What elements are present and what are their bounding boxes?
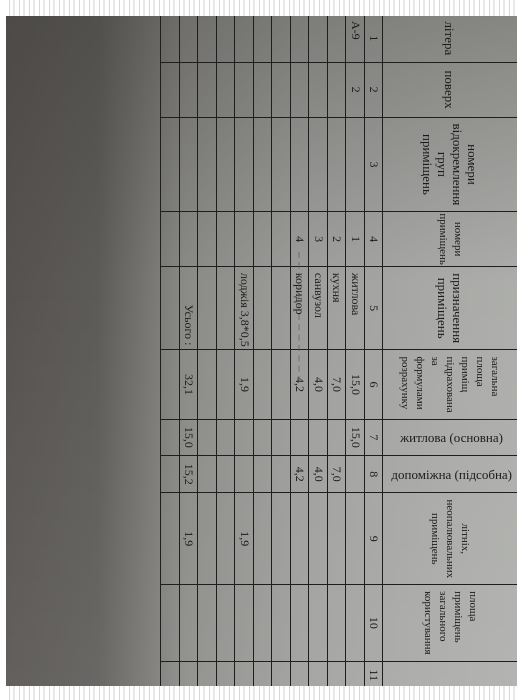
cell-total	[272, 350, 291, 419]
cell-living	[235, 419, 254, 456]
cell-living	[291, 419, 310, 456]
cell-litera	[328, 15, 347, 63]
cell-group	[161, 117, 180, 212]
cell-purpose	[161, 266, 180, 350]
table-row: Усього :32,115,015,21,9	[180, 15, 199, 690]
header-col-5: призначення приміщень	[383, 266, 518, 350]
header-col-4: номери приміщень	[383, 212, 518, 267]
border-right	[517, 0, 525, 700]
header-col-8: допоміжна (підсобна)	[383, 456, 518, 493]
cell-aux	[161, 456, 180, 493]
cell-group	[346, 117, 365, 212]
cell-room	[254, 212, 273, 267]
cell-floor	[328, 62, 347, 117]
header-col-7: житлова (основна)	[383, 419, 518, 456]
cell-floor	[291, 62, 310, 117]
col-no-1: 1	[365, 15, 383, 63]
cell-common	[272, 585, 291, 661]
cell-litera	[161, 15, 180, 63]
cell-room	[217, 212, 236, 267]
cell-common	[198, 585, 217, 661]
room-area-table: літера поверх номери відокремлення груп …	[161, 14, 519, 690]
col-no-9: 9	[365, 493, 383, 585]
col-no-8: 8	[365, 456, 383, 493]
cell-common	[235, 585, 254, 661]
cell-total: 32,1	[180, 350, 199, 419]
cell-room	[198, 212, 217, 267]
cell-room	[235, 212, 254, 267]
col-no-3: 3	[365, 117, 383, 212]
cell-summer	[161, 493, 180, 585]
header-col-9: літніх, неопалювальних приміщень	[383, 493, 518, 585]
cell-room	[180, 212, 199, 267]
cell-living: 15,0	[180, 419, 199, 456]
cell-litera	[309, 15, 328, 63]
cell-aux: 15,2	[180, 456, 199, 493]
cell-group	[198, 117, 217, 212]
cell-living	[254, 419, 273, 456]
cell-common	[291, 585, 310, 661]
faint-stamp-mark	[294, 252, 300, 382]
cell-group	[309, 117, 328, 212]
cell-purpose: житлова	[346, 266, 365, 350]
cell-floor: 2	[346, 62, 365, 117]
cell-living	[161, 419, 180, 456]
cell-aux	[235, 456, 254, 493]
cell-purpose: Усього :	[180, 266, 199, 350]
cell-aux	[198, 456, 217, 493]
cell-litera	[217, 15, 236, 63]
cell-litera	[180, 15, 199, 63]
cell-group	[291, 117, 310, 212]
cell-aux	[272, 456, 291, 493]
table-row: А-921житлова15,015,0	[346, 15, 365, 690]
cell-summer	[272, 493, 291, 585]
cell-common	[328, 585, 347, 661]
table-row: 2кухня7,07,0	[328, 15, 347, 690]
cell-room: 1	[346, 212, 365, 267]
header-col-6: загальна площа приміщ підрахована за фор…	[383, 350, 518, 419]
cell-group	[235, 117, 254, 212]
document-page-rotated: літера поверх номери відокремлення груп …	[6, 14, 518, 690]
cell-living	[217, 419, 236, 456]
cell-floor	[217, 62, 236, 117]
cell-aux	[217, 456, 236, 493]
cell-summer	[346, 493, 365, 585]
cell-aux	[346, 456, 365, 493]
cell-room: 2	[328, 212, 347, 267]
cell-total: 4,0	[309, 350, 328, 419]
table-row	[254, 15, 273, 690]
cell-litera	[235, 15, 254, 63]
cell-group	[217, 117, 236, 212]
header-col-3: номери відокремлення груп приміщень	[383, 117, 518, 212]
header-col-2: поверх	[383, 62, 518, 117]
table-row	[198, 15, 217, 690]
cell-common	[180, 585, 199, 661]
table-row	[161, 15, 180, 690]
cell-common	[161, 585, 180, 661]
torn-edge-bottom	[0, 686, 525, 700]
cell-purpose	[272, 266, 291, 350]
cell-group	[180, 117, 199, 212]
table-row: лоджія 3,8*0,51,91,9	[235, 15, 254, 690]
cell-living: 15,0	[346, 419, 365, 456]
cell-room	[272, 212, 291, 267]
cell-total	[217, 350, 236, 419]
cell-summer: 1,9	[235, 493, 254, 585]
cell-floor	[198, 62, 217, 117]
cell-total: 7,0	[328, 350, 347, 419]
header-row: літера поверх номери відокремлення груп …	[383, 15, 518, 690]
cell-living	[309, 419, 328, 456]
header-col-10: площа приміщень загального користування	[383, 585, 518, 661]
cell-floor	[254, 62, 273, 117]
cell-total	[254, 350, 273, 419]
col-no-7: 7	[365, 419, 383, 456]
torn-edge-top	[0, 0, 525, 16]
table-row: 3санвузол4,04,0	[309, 15, 328, 690]
cell-living	[198, 419, 217, 456]
cell-purpose	[254, 266, 273, 350]
cell-floor	[180, 62, 199, 117]
cell-purpose	[217, 266, 236, 350]
border-left	[0, 0, 6, 700]
cell-aux: 4,0	[309, 456, 328, 493]
cell-room: 3	[309, 212, 328, 267]
cell-aux	[254, 456, 273, 493]
cell-common	[217, 585, 236, 661]
cell-summer	[254, 493, 273, 585]
cell-purpose: лоджія 3,8*0,5	[235, 266, 254, 350]
cell-litera	[198, 15, 217, 63]
cell-summer	[291, 493, 310, 585]
cell-floor	[309, 62, 328, 117]
cell-litera: А-9	[346, 15, 365, 63]
cell-aux: 4,2	[291, 456, 310, 493]
header-col-1: літера	[383, 15, 518, 63]
cell-common	[254, 585, 273, 661]
cell-summer	[328, 493, 347, 585]
cell-purpose	[198, 266, 217, 350]
cell-litera	[254, 15, 273, 63]
cell-litera	[272, 15, 291, 63]
column-number-row: 1 2 3 4 5 6 7 8 9 10 11	[365, 15, 383, 690]
cell-room	[161, 212, 180, 267]
cell-floor	[161, 62, 180, 117]
cell-living	[272, 419, 291, 456]
table-row	[217, 15, 236, 690]
cell-summer	[198, 493, 217, 585]
cell-group	[254, 117, 273, 212]
cell-living	[328, 419, 347, 456]
cell-total	[198, 350, 217, 419]
cell-common	[346, 585, 365, 661]
col-no-5: 5	[365, 266, 383, 350]
col-no-2: 2	[365, 62, 383, 117]
cell-purpose: санвузол	[309, 266, 328, 350]
cell-purpose: кухня	[328, 266, 347, 350]
table-row	[272, 15, 291, 690]
cell-total	[161, 350, 180, 419]
cell-floor	[272, 62, 291, 117]
cell-total: 1,9	[235, 350, 254, 419]
cell-aux: 7,0	[328, 456, 347, 493]
cell-common	[309, 585, 328, 661]
cell-group	[272, 117, 291, 212]
cell-group	[328, 117, 347, 212]
cell-summer	[309, 493, 328, 585]
cell-summer	[217, 493, 236, 585]
cell-total: 15,0	[346, 350, 365, 419]
cell-floor	[235, 62, 254, 117]
col-no-10: 10	[365, 585, 383, 661]
cell-litera	[291, 15, 310, 63]
cell-summer: 1,9	[180, 493, 199, 585]
col-no-4: 4	[365, 212, 383, 267]
col-no-6: 6	[365, 350, 383, 419]
